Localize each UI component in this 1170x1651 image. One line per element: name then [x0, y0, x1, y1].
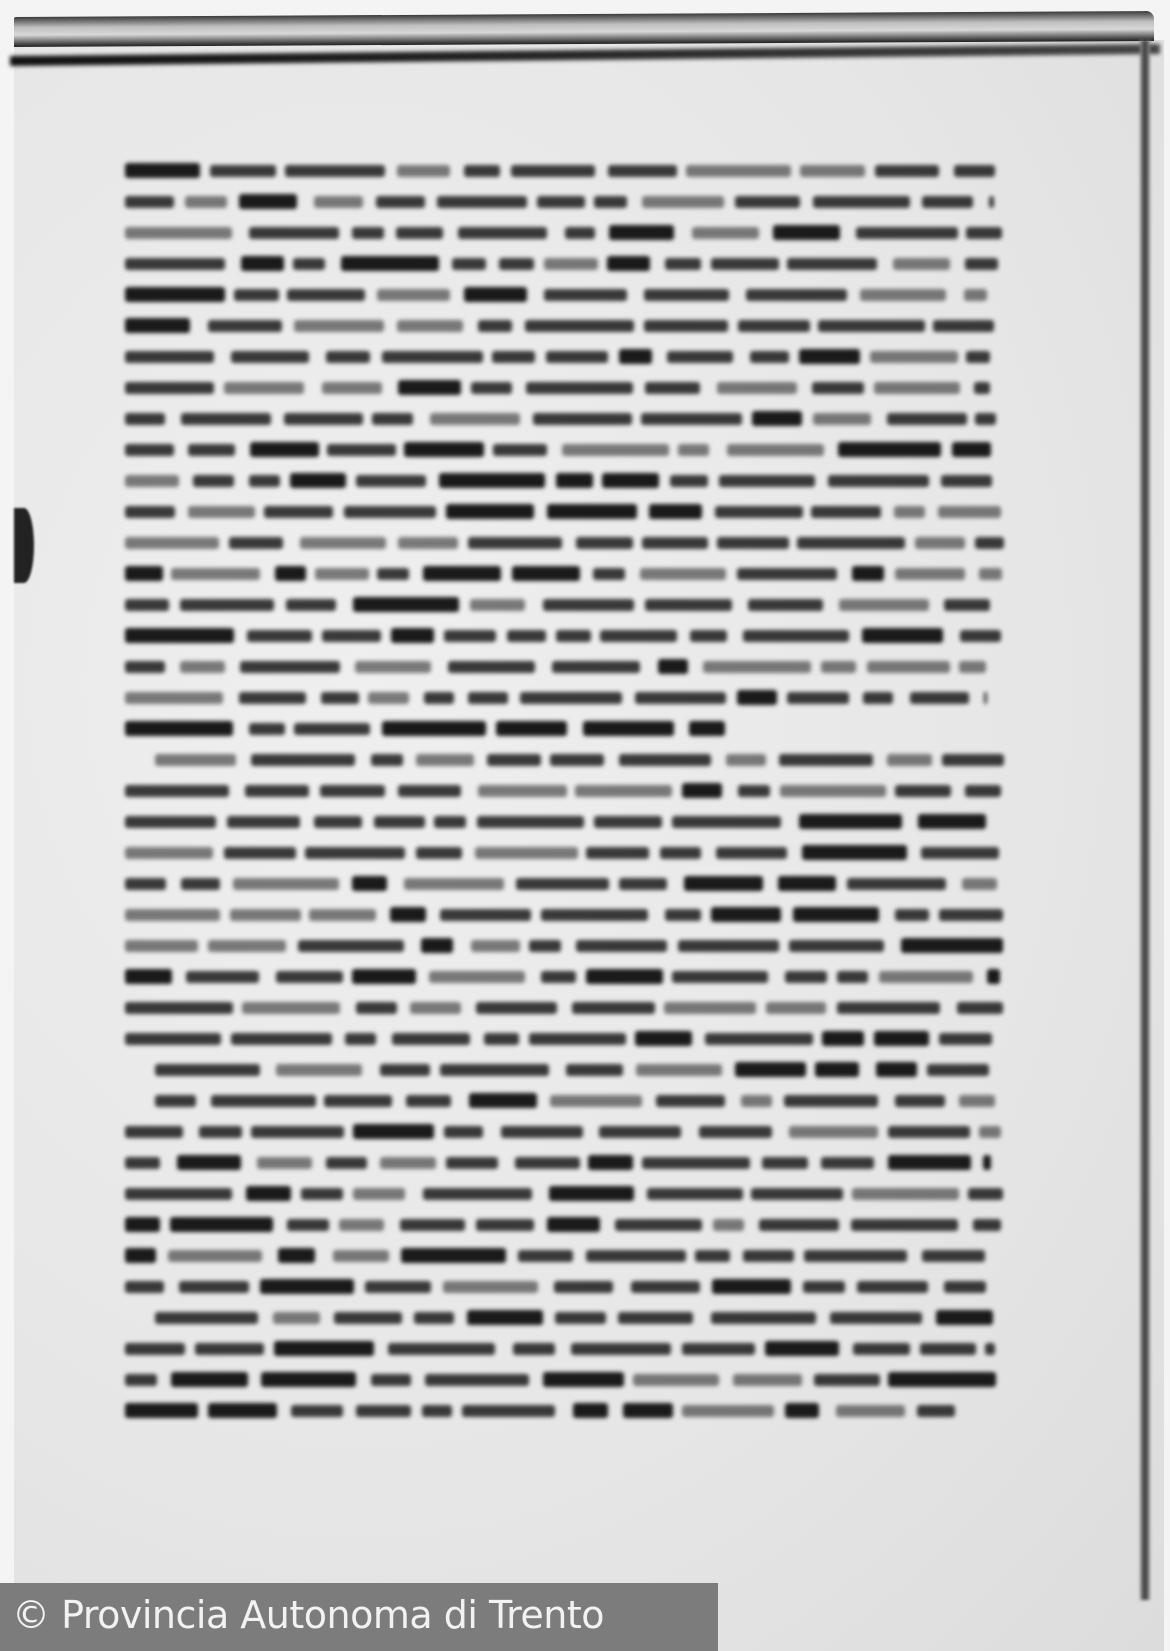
script-word [711, 907, 782, 922]
script-word [552, 661, 640, 673]
script-word [341, 256, 438, 271]
script-word [600, 630, 677, 642]
script-word [812, 382, 864, 394]
script-word [284, 413, 363, 425]
script-word [314, 816, 363, 828]
script-word [547, 504, 638, 519]
script-word [125, 318, 190, 333]
script-word [644, 320, 728, 332]
script-word [983, 1155, 991, 1170]
script-word [125, 1157, 160, 1169]
script-line [125, 1209, 1015, 1240]
script-word [618, 1312, 694, 1324]
script-word [575, 785, 672, 797]
script-word [487, 754, 540, 766]
script-word [377, 289, 450, 301]
script-word [356, 1002, 397, 1014]
script-word [242, 1002, 340, 1014]
script-word [247, 630, 312, 642]
copyright-watermark: © Provincia Autonoma di Trento [0, 1583, 718, 1651]
script-word [615, 1219, 702, 1231]
script-line [125, 589, 1015, 620]
script-word [619, 754, 711, 766]
script-word [416, 847, 462, 859]
script-word [462, 1405, 555, 1417]
script-word [229, 537, 283, 549]
script-word [765, 1341, 839, 1356]
script-word [804, 1250, 907, 1262]
script-line [125, 1333, 1015, 1364]
script-word [208, 940, 285, 952]
script-word [315, 568, 369, 580]
script-word [939, 909, 1002, 921]
script-word [821, 1157, 875, 1169]
script-word [793, 907, 879, 922]
script-word [887, 754, 932, 766]
script-word [529, 1033, 627, 1045]
script-word [327, 444, 396, 456]
script-word [125, 351, 214, 363]
script-word [989, 196, 994, 208]
script-word [802, 845, 907, 860]
script-word [987, 969, 1000, 984]
script-word [660, 847, 702, 859]
script-word [856, 227, 958, 239]
script-word [737, 568, 838, 580]
script-word [155, 1064, 260, 1076]
script-word [511, 165, 595, 177]
manuscript-text-block [125, 155, 1015, 1426]
script-word [515, 1157, 580, 1169]
script-word [298, 940, 404, 952]
script-word [966, 227, 1002, 239]
script-word [276, 971, 343, 983]
script-word [125, 413, 165, 425]
script-word [966, 351, 990, 363]
script-word [356, 1405, 411, 1417]
script-word [234, 289, 279, 301]
script-word [390, 907, 426, 922]
script-word [440, 909, 532, 921]
script-word [353, 1188, 405, 1200]
script-line [125, 1395, 1015, 1426]
script-word [501, 1126, 583, 1138]
script-word [979, 1126, 1001, 1138]
script-word [320, 785, 386, 797]
script-line [125, 744, 1015, 775]
script-word [975, 413, 996, 425]
script-word [444, 630, 496, 642]
script-word [533, 413, 632, 425]
script-word [496, 721, 567, 736]
script-word [672, 971, 768, 983]
script-word [917, 1405, 955, 1417]
script-word [586, 1250, 686, 1262]
script-word [250, 442, 319, 457]
script-line [125, 1147, 1015, 1178]
script-word [748, 599, 823, 611]
script-word [382, 721, 486, 736]
script-word [565, 227, 596, 239]
script-word [715, 506, 803, 518]
script-word [784, 1095, 878, 1107]
script-word [352, 969, 415, 984]
script-word [593, 568, 625, 580]
script-word [957, 1002, 1003, 1014]
script-line [125, 1271, 1015, 1302]
script-word [743, 630, 849, 642]
script-word [125, 940, 198, 952]
script-word [471, 382, 512, 394]
script-word [355, 661, 431, 673]
script-word [388, 1343, 495, 1355]
script-word [469, 1093, 538, 1108]
script-word [526, 382, 633, 394]
script-word [860, 289, 946, 301]
script-line [125, 465, 1015, 496]
script-word [353, 597, 459, 612]
script-word [852, 1188, 960, 1200]
script-word [125, 909, 220, 921]
script-word [888, 1372, 995, 1387]
script-word [656, 1095, 724, 1107]
script-word [181, 878, 220, 890]
script-word [125, 444, 174, 456]
script-word [847, 878, 946, 890]
script-word [392, 1033, 470, 1045]
script-word [513, 1343, 555, 1355]
script-word [322, 630, 381, 642]
script-word [773, 225, 841, 240]
script-word [468, 537, 562, 549]
script-word [240, 661, 340, 673]
script-word [246, 1186, 291, 1201]
script-word [180, 599, 274, 611]
script-word [649, 504, 702, 519]
script-word [818, 320, 925, 332]
script-word [125, 816, 216, 828]
script-word [294, 723, 370, 735]
script-word [743, 1250, 794, 1262]
script-word [396, 227, 443, 239]
script-word [125, 628, 234, 643]
script-word [377, 568, 409, 580]
script-word [345, 1033, 376, 1045]
script-word [711, 1312, 816, 1324]
script-word [874, 382, 961, 394]
script-word [894, 506, 925, 518]
script-word [458, 227, 547, 239]
script-word [954, 165, 995, 177]
script-word [713, 1219, 745, 1231]
script-word [588, 1155, 634, 1170]
script-word [448, 661, 536, 673]
script-word [398, 537, 459, 549]
script-word [979, 568, 1002, 580]
script-word [735, 196, 800, 208]
script-word [452, 258, 486, 270]
script-word [642, 537, 708, 549]
script-word [665, 909, 701, 921]
script-word [960, 630, 1001, 642]
script-word [125, 1343, 185, 1355]
script-word [365, 1281, 430, 1293]
script-word [380, 1157, 436, 1169]
script-word [467, 1310, 543, 1325]
script-line [125, 403, 1015, 434]
script-word [838, 442, 941, 457]
script-word [594, 196, 628, 208]
script-word [416, 754, 473, 766]
script-word [546, 351, 608, 363]
script-word [278, 1248, 315, 1263]
script-word [301, 1188, 343, 1200]
script-word [888, 1155, 971, 1170]
script-word [737, 690, 777, 705]
script-word [968, 1188, 1003, 1200]
script-word [125, 1374, 157, 1386]
script-word [738, 320, 810, 332]
script-word [939, 1033, 992, 1045]
script-word [642, 1157, 750, 1169]
script-word [260, 1279, 354, 1294]
script-line [125, 899, 1015, 930]
script-line [125, 341, 1015, 372]
script-word [586, 969, 664, 984]
script-word [550, 1095, 642, 1107]
script-word [547, 1217, 600, 1232]
script-word [446, 504, 534, 519]
script-word [195, 1343, 264, 1355]
script-word [717, 537, 789, 549]
script-word [397, 165, 450, 177]
script-word [811, 506, 881, 518]
script-word [619, 349, 651, 364]
script-word [422, 1405, 453, 1417]
script-word [261, 1372, 356, 1387]
script-word [251, 1126, 345, 1138]
script-word [915, 537, 964, 549]
script-word [125, 1403, 198, 1418]
script-word [245, 785, 309, 797]
script-word [125, 258, 225, 270]
script-word [762, 1157, 809, 1169]
script-word [583, 721, 674, 736]
script-word [125, 599, 169, 611]
script-word [305, 847, 405, 859]
script-word [471, 940, 521, 952]
script-line [125, 248, 1015, 279]
script-word [837, 971, 868, 983]
script-word [938, 506, 1001, 518]
script-word [382, 351, 484, 363]
script-word [410, 1002, 461, 1014]
script-word [851, 1219, 958, 1231]
script-word [440, 1064, 549, 1076]
script-word [257, 1157, 312, 1169]
script-word [800, 165, 866, 177]
script-line [125, 1364, 1015, 1395]
script-word [867, 661, 950, 673]
script-word [273, 1312, 319, 1324]
script-word [437, 196, 528, 208]
copyright-text: © Provincia Autonoma di Trento [12, 1593, 604, 1637]
script-line [125, 186, 1015, 217]
script-word [975, 537, 1004, 549]
script-line [125, 775, 1015, 806]
script-word [391, 628, 434, 643]
script-word [499, 258, 534, 270]
script-word [785, 971, 827, 983]
script-word [609, 225, 674, 240]
script-word [544, 258, 598, 270]
script-word [544, 289, 627, 301]
script-word [602, 473, 658, 488]
script-word [830, 1312, 922, 1324]
script-word [815, 1062, 860, 1077]
script-word [170, 1217, 273, 1232]
script-word [125, 878, 166, 890]
script-word [787, 258, 878, 270]
script-line [125, 682, 1015, 713]
script-word [227, 816, 300, 828]
script-word [920, 1343, 976, 1355]
script-word [944, 599, 989, 611]
script-word [985, 1343, 995, 1355]
script-word [619, 878, 667, 890]
script-word [789, 940, 884, 952]
script-word [125, 475, 179, 487]
script-word [507, 630, 545, 642]
script-word [556, 630, 592, 642]
script-word [959, 1095, 995, 1107]
script-word [973, 1219, 1001, 1231]
script-word [314, 196, 363, 208]
script-word [631, 1281, 700, 1293]
script-line [125, 527, 1015, 558]
script-line [125, 434, 1015, 465]
script-word [936, 1310, 994, 1325]
script-word [741, 1095, 772, 1107]
script-word [464, 165, 500, 177]
script-word [839, 599, 929, 611]
script-word [682, 783, 722, 798]
script-word [813, 196, 910, 208]
script-word [879, 971, 973, 983]
script-word [608, 165, 677, 177]
script-word [633, 1374, 718, 1386]
script-word [125, 1188, 232, 1200]
script-word [692, 227, 759, 239]
script-word [893, 258, 950, 270]
script-word [287, 1219, 329, 1231]
script-word [371, 1374, 410, 1386]
script-word [424, 692, 454, 704]
script-word [573, 1403, 608, 1418]
script-word [733, 1374, 802, 1386]
script-word [125, 785, 229, 797]
script-word [180, 661, 226, 673]
script-word [719, 475, 814, 487]
script-word [888, 1126, 970, 1138]
script-word [239, 692, 307, 704]
script-word [414, 1312, 454, 1324]
script-word [895, 568, 965, 580]
script-word [231, 1033, 332, 1045]
script-word [249, 227, 339, 239]
script-word [837, 1002, 940, 1014]
script-word [368, 692, 409, 704]
script-word [665, 258, 702, 270]
script-word [647, 1188, 742, 1200]
script-word [478, 320, 512, 332]
script-word [188, 444, 235, 456]
script-word [423, 1188, 532, 1200]
script-word [374, 816, 425, 828]
script-word [294, 320, 384, 332]
script-word [759, 1219, 839, 1231]
script-line [125, 713, 1015, 744]
script-word [887, 413, 966, 425]
script-word [155, 754, 236, 766]
script-word [423, 566, 502, 581]
script-word [962, 878, 997, 890]
script-word [658, 659, 688, 674]
page-hole [14, 508, 34, 583]
script-word [735, 1062, 806, 1077]
script-word [478, 785, 567, 797]
script-word [177, 1155, 241, 1170]
script-word [571, 1343, 671, 1355]
script-word [895, 1095, 945, 1107]
script-word [239, 194, 297, 209]
script-word [965, 785, 1001, 797]
script-word [208, 1403, 277, 1418]
script-word [644, 289, 728, 301]
script-word [672, 816, 781, 828]
script-word [901, 938, 1003, 953]
script-word [443, 1281, 539, 1293]
script-word [712, 1279, 791, 1294]
script-word [645, 599, 731, 611]
script-word [224, 847, 296, 859]
script-word [371, 754, 403, 766]
script-word [430, 413, 520, 425]
script-word [125, 1248, 156, 1263]
script-line [125, 651, 1015, 682]
script-word [549, 1186, 635, 1201]
script-word [594, 816, 662, 828]
script-word [398, 785, 461, 797]
script-word [446, 1157, 498, 1169]
script-word [862, 628, 943, 643]
script-word [125, 537, 219, 549]
script-word [404, 878, 504, 890]
script-word [870, 351, 958, 363]
script-word [787, 692, 849, 704]
script-word [635, 692, 726, 704]
script-word [492, 351, 535, 363]
script-word [125, 692, 223, 704]
script-word [543, 599, 634, 611]
script-word [199, 1126, 243, 1138]
script-word [778, 876, 836, 891]
script-word [125, 196, 174, 208]
script-word [529, 940, 560, 952]
script-word [828, 475, 929, 487]
script-word [241, 256, 284, 271]
script-word [922, 1250, 985, 1262]
